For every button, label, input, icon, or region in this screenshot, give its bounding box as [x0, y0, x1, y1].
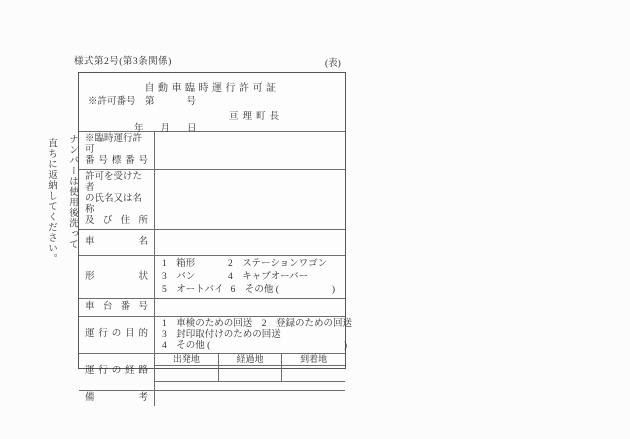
- shape-label-text: 形状: [85, 272, 148, 283]
- purpose-options-line2: 3 封印取付けのための回送: [162, 330, 352, 341]
- shape-options-line3: 5 オートバイ 6 その他 ( ): [162, 284, 340, 297]
- purpose-label-text: 運行の目的: [85, 329, 148, 340]
- temporary-operation-permit-form: 自動車臨時運行許可証 ※許可番号 第号 亘理町長 年月日 ※臨時運行許可 番号標…: [78, 72, 346, 369]
- form-code: 様式第2号(第3条関係): [74, 53, 172, 67]
- side-front-label: (表): [325, 55, 341, 69]
- route-row: 運行の経路 出発地 経過地 到着地: [79, 353, 345, 390]
- shape-label: 形状: [79, 256, 155, 298]
- plate-return-note: ナンバーは使用後洗って 直ちに返納してください。: [40, 134, 82, 284]
- remarks-field: [155, 391, 345, 406]
- shape-options-line1: 1 箱形 2 ステーションワゴン: [162, 258, 340, 271]
- car-name-label: 車名: [79, 230, 155, 255]
- shape-option-1: 1 箱形: [162, 258, 228, 271]
- shape-option-4: 4 キャブオーバー: [228, 271, 308, 284]
- route-table-header: 出発地 経過地 到着地: [155, 354, 345, 366]
- permittee-label: 許可を受けた者 の氏名又は名称 及び住所: [79, 170, 155, 229]
- remarks-label: 備考: [79, 391, 155, 406]
- shape-option-6-close-paren: ): [332, 284, 340, 297]
- chassis-number-field: [155, 299, 345, 316]
- purpose-options-line1: 1 車検のための回送 2 登録のための回送: [162, 319, 352, 330]
- route-table-cells: [155, 366, 345, 381]
- car-name-field: [155, 230, 345, 255]
- plate-number-row: ※臨時運行許可 番号標番号: [79, 131, 345, 169]
- permittee-field: [155, 170, 345, 229]
- route-label: 運行の経路: [79, 354, 155, 390]
- issuer-mayor-name: 亘理町長: [229, 108, 283, 122]
- chassis-number-row: 車台番号: [79, 298, 345, 316]
- shape-option-2: 2 ステーションワゴン: [228, 258, 327, 271]
- purpose-row: 運行の目的 1 車検のための回送 2 登録のための回送 3 封印取付けのための回…: [79, 316, 345, 353]
- plate-number-label-line1: ※臨時運行許可: [85, 134, 148, 156]
- shape-row: 形状 1 箱形 2 ステーションワゴン 3 バン 4 キャブオーバー 5 オート…: [79, 255, 345, 298]
- remarks-row: 備考: [79, 390, 345, 406]
- route-cell-via: [219, 366, 283, 381]
- purpose-option-4-close-paren: ): [344, 341, 352, 352]
- purpose-options: 1 車検のための回送 2 登録のための回送 3 封印取付けのための回送 4 その…: [155, 317, 357, 353]
- shape-option-3: 3 バン: [162, 271, 228, 284]
- shape-options-line2: 3 バン 4 キャブオーバー: [162, 271, 340, 284]
- route-table: 出発地 経過地 到着地: [155, 354, 345, 382]
- route-header-arrival: 到着地: [282, 354, 345, 365]
- permit-number-prefix: ※許可番号 第: [88, 97, 155, 107]
- plate-number-label-line2: 番号標番号: [85, 156, 148, 167]
- plate-number-label: ※臨時運行許可 番号標番号: [79, 132, 155, 169]
- chassis-number-label-text: 車台番号: [85, 302, 148, 313]
- route-cell-departure: [155, 366, 219, 381]
- route-content: 出発地 経過地 到着地: [155, 354, 345, 390]
- remarks-label-text: 備考: [85, 393, 148, 404]
- plate-return-note-line2: 直ちに返納してください。: [40, 138, 61, 284]
- route-header-departure: 出発地: [155, 354, 219, 365]
- car-name-row: 車名: [79, 229, 345, 255]
- permittee-row: 許可を受けた者 の氏名又は名称 及び住所: [79, 169, 345, 229]
- permit-number-suffix: 号: [187, 97, 197, 107]
- scanned-form-sheet: 様式第2号(第3条関係) (表) ナンバーは使用後洗って 直ちに返納してください…: [0, 0, 630, 439]
- permittee-label-line3: 及び住所: [85, 216, 148, 227]
- purpose-option-4: 4 その他 (: [162, 341, 210, 352]
- permit-number-line: ※許可番号 第号: [88, 93, 196, 107]
- shape-option-5: 5 オートバイ: [162, 284, 224, 297]
- route-cell-arrival: [282, 366, 345, 381]
- permittee-label-line2: の氏名又は名称: [85, 194, 148, 216]
- permittee-label-line1: 許可を受けた者: [85, 172, 148, 194]
- chassis-number-label: 車台番号: [79, 299, 155, 316]
- route-label-text: 運行の経路: [85, 366, 148, 377]
- route-header-via: 経過地: [219, 354, 283, 365]
- shape-options: 1 箱形 2 ステーションワゴン 3 バン 4 キャブオーバー 5 オートバイ …: [155, 256, 345, 298]
- purpose-options-line3: 4 その他 ( ): [162, 341, 352, 352]
- shape-option-6: 6 その他 (: [231, 284, 279, 297]
- car-name-label-text: 車名: [85, 237, 148, 248]
- form-title: 自動車臨時運行許可証: [79, 79, 345, 94]
- plate-number-field: [155, 132, 345, 169]
- form-header-section: 自動車臨時運行許可証 ※許可番号 第号 亘理町長 年月日: [79, 73, 345, 131]
- purpose-label: 運行の目的: [79, 317, 155, 353]
